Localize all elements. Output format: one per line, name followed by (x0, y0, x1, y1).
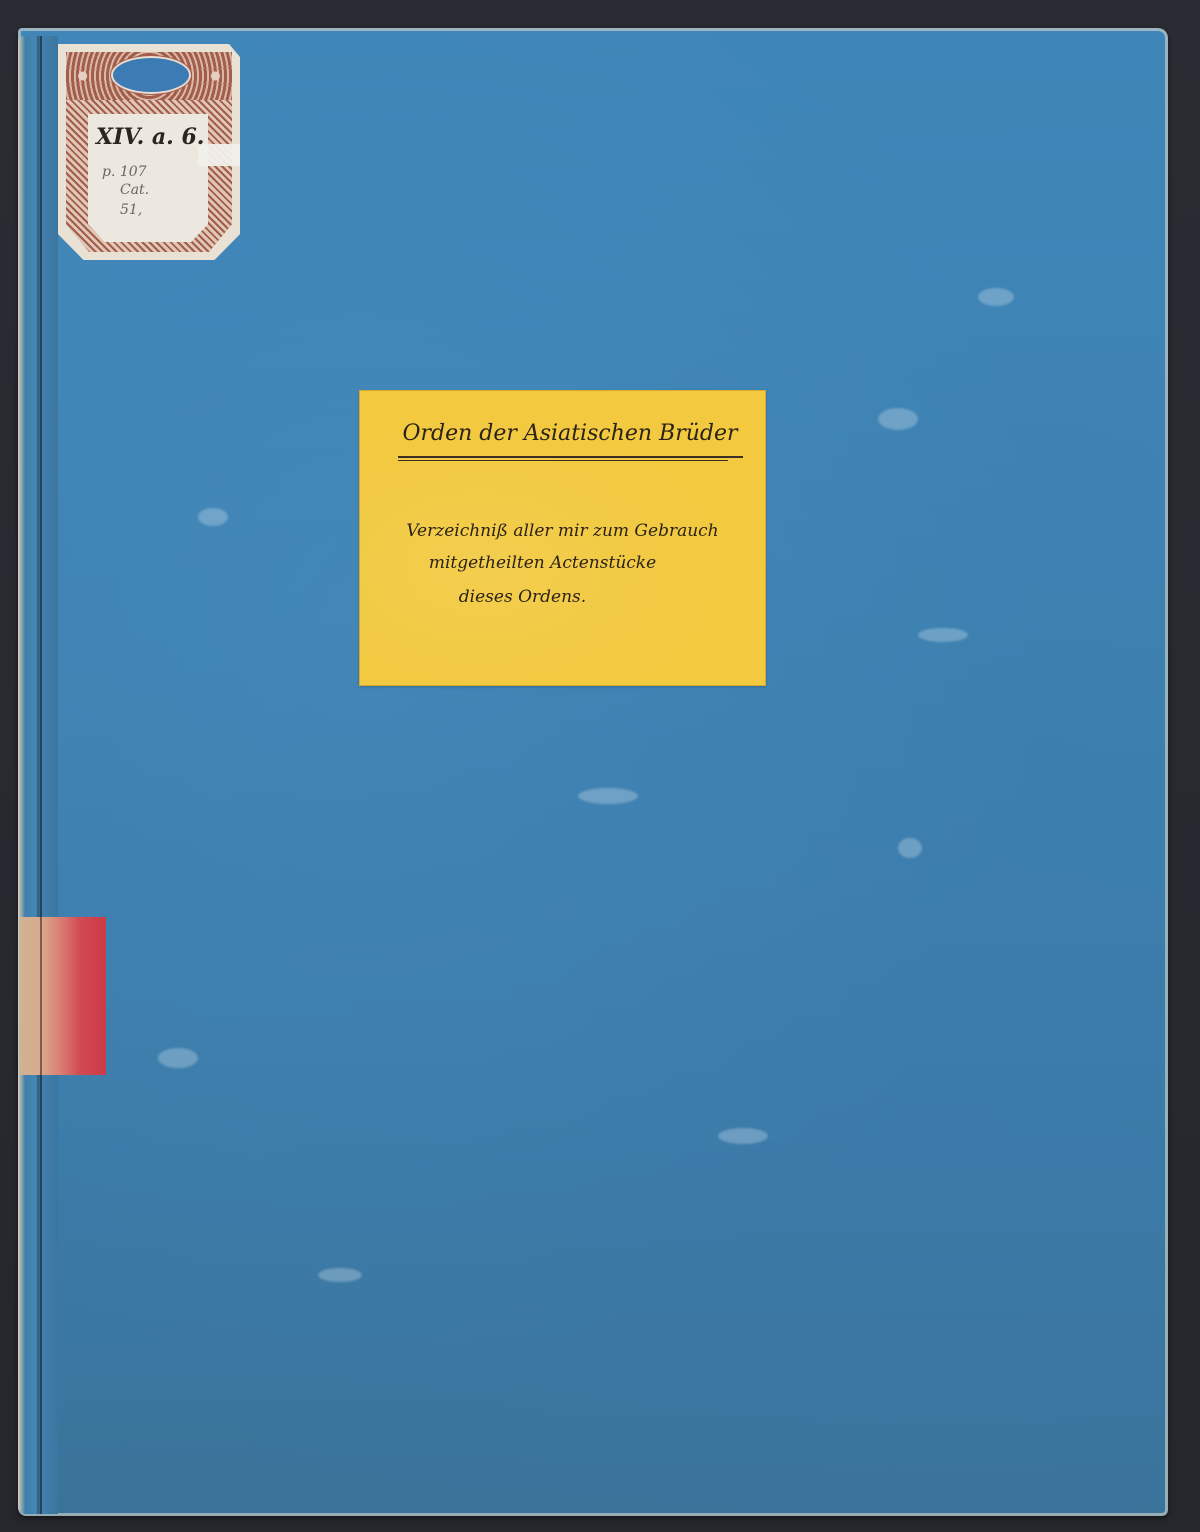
title-underline (398, 456, 743, 458)
document-title: Orden der Asiatischen Brüder (400, 421, 740, 446)
spine-tab (20, 917, 106, 1075)
shelfmark-cat: Cat. (120, 182, 149, 198)
description-line-1: Verzeichniß aller mir zum Gebrauch (360, 521, 765, 541)
wear-spot (718, 1128, 768, 1144)
shelfmark-tape (198, 144, 243, 166)
wear-spot (978, 288, 1014, 306)
wear-spot (198, 508, 228, 526)
description-line-2: mitgetheilten Actenstücke (340, 553, 745, 573)
wear-spot (318, 1268, 362, 1282)
shelfmark-oval (113, 58, 189, 92)
description-line-3: dieses Ordens. (320, 587, 725, 607)
wear-spot (918, 628, 968, 642)
wear-spot (878, 408, 918, 430)
title-label: Orden der Asiatischen Brüder Verzeichniß… (360, 391, 765, 685)
spine-hinge (18, 36, 58, 1514)
shelfmark-label: XIV. a. 6. p. 107 Cat. 51, (58, 44, 240, 260)
wear-spot (158, 1048, 198, 1068)
shelfmark-page: p. 107 (102, 164, 147, 180)
shelfmark-number: 51, (120, 202, 142, 218)
shelfmark-main: XIV. a. 6. (96, 124, 204, 150)
spine-crease (40, 36, 42, 1514)
spine-tab-crease (40, 917, 42, 1075)
title-underline-secondary (398, 460, 728, 461)
wear-spot (898, 838, 922, 858)
wear-spot (578, 788, 638, 804)
